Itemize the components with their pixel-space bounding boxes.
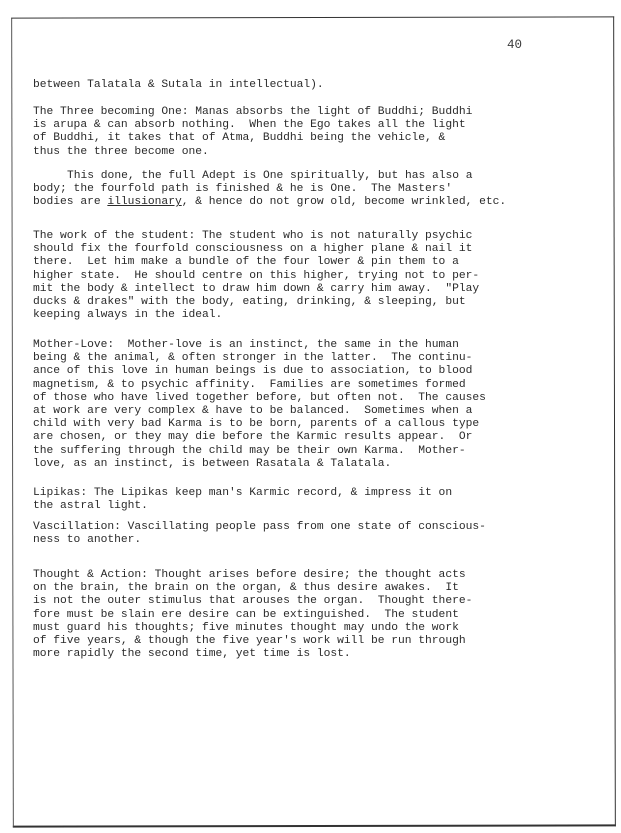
text-line: love, as an instinct, is between Rasatal… <box>33 458 613 471</box>
text-line: mit the body & intellect to draw him dow… <box>33 283 613 296</box>
text-line: is not the outer stimulus that arouses t… <box>33 595 613 608</box>
text-line: This done, the full Adept is One spiritu… <box>33 170 613 183</box>
text-line: Lipikas: The Lipikas keep man's Karmic r… <box>33 487 613 500</box>
paragraph-lipikas: Lipikas: The Lipikas keep man's Karmic r… <box>33 487 613 513</box>
text-line: of those who have lived together before,… <box>33 392 613 405</box>
text-line: Mother-Love: Mother-love is an instinct,… <box>33 339 613 352</box>
text-line: ance of this love in human beings is due… <box>33 365 613 378</box>
page-number: 40 <box>507 38 522 52</box>
text-line: keeping always in the ideal. <box>33 309 613 322</box>
text-line: Thought & Action: Thought arises before … <box>33 569 613 582</box>
text-line: ness to another. <box>33 534 613 547</box>
paragraph-work-of-student: The work of the student: The student who… <box>33 230 613 322</box>
paragraph-mother-love: Mother-Love: Mother-love is an instinct,… <box>33 339 613 471</box>
paragraph-three-becoming-one: The Three becoming One: Manas absorbs th… <box>33 106 613 159</box>
text-line-with-underline: bodies are illusionary, & hence do not g… <box>33 196 613 209</box>
text-line: at work are very complex & have to be ba… <box>33 405 613 418</box>
text-line: body; the fourfold path is finished & he… <box>33 183 613 196</box>
paragraph-this-done: This done, the full Adept is One spiritu… <box>33 170 613 210</box>
text-line: should fix the fourfold consciousness on… <box>33 243 613 256</box>
text-line: thus the three become one. <box>33 146 613 159</box>
text-line: Vascillation: Vascillating people pass f… <box>33 521 613 534</box>
text-line: on the brain, the brain on the organ, & … <box>33 582 613 595</box>
paragraph-vascillation: Vascillation: Vascillating people pass f… <box>33 521 613 547</box>
text-line: fore must be slain ere desire can be ext… <box>33 609 613 622</box>
text-line: The Three becoming One: Manas absorbs th… <box>33 106 613 119</box>
text-line: the astral light. <box>33 500 613 513</box>
text-line: ducks & drakes" with the body, eating, d… <box>33 296 613 309</box>
paragraph-thought-action: Thought & Action: Thought arises before … <box>33 569 613 661</box>
text-line: is arupa & can absorb nothing. When the … <box>33 119 613 132</box>
text-fragment: bodies are <box>33 196 107 208</box>
text-line: The work of the student: The student who… <box>33 230 613 243</box>
text-line: must guard his thoughts; five minutes th… <box>33 622 613 635</box>
text-line: of Buddhi, it takes that of Atma, Buddhi… <box>33 132 613 145</box>
text-line: magnetism, & to psychic affinity. Famili… <box>33 379 613 392</box>
text-line: child with very bad Karma is to be born,… <box>33 418 613 431</box>
text-line: higher state. He should centre on this h… <box>33 270 613 283</box>
paragraph-continuation: between Talatala & Sutala in intellectua… <box>33 79 613 92</box>
text-line: are chosen, or they may die before the K… <box>33 431 613 444</box>
text-line: being & the animal, & often stronger in … <box>33 352 613 365</box>
text-line: between Talatala & Sutala in intellectua… <box>33 79 613 92</box>
underlined-word: illusionary <box>107 196 181 208</box>
text-line: more rapidly the second time, yet time i… <box>33 648 613 661</box>
text-line: the suffering through the child may be t… <box>33 445 613 458</box>
text-line: there. Let him make a bundle of the four… <box>33 256 613 269</box>
text-fragment: , & hence do not grow old, become wrinkl… <box>182 196 506 208</box>
text-line: of five years, & though the five year's … <box>33 635 613 648</box>
